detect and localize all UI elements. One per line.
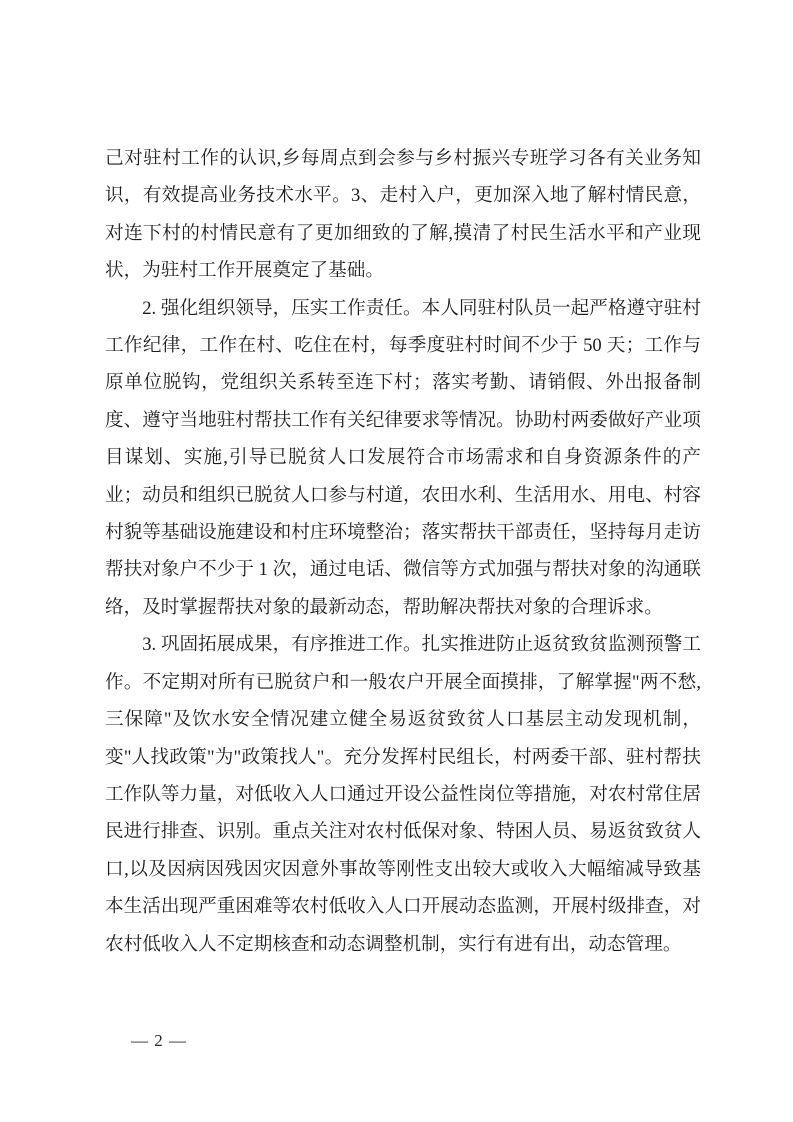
document-body: 己对驻村工作的认识,乡每周点到会参与乡村振兴专班学习各有关业务知识，有效提高业务… xyxy=(105,140,701,963)
document-page: 己对驻村工作的认识,乡每周点到会参与乡村振兴专班学习各有关业务知识，有效提高业务… xyxy=(0,0,793,1122)
paragraph: 己对驻村工作的认识,乡每周点到会参与乡村振兴专班学习各有关业务知识，有效提高业务… xyxy=(105,140,701,290)
paragraph: 2. 强化组织领导，压实工作责任。本人同驻村队员一起严格遵守驻村工作纪律，工作在… xyxy=(105,290,701,627)
page-number: — 2 — xyxy=(131,1030,187,1052)
paragraph: 3. 巩固拓展成果，有序推进工作。扎实推进防止返贫致贫监测预警工作。不定期对所有… xyxy=(105,626,701,963)
